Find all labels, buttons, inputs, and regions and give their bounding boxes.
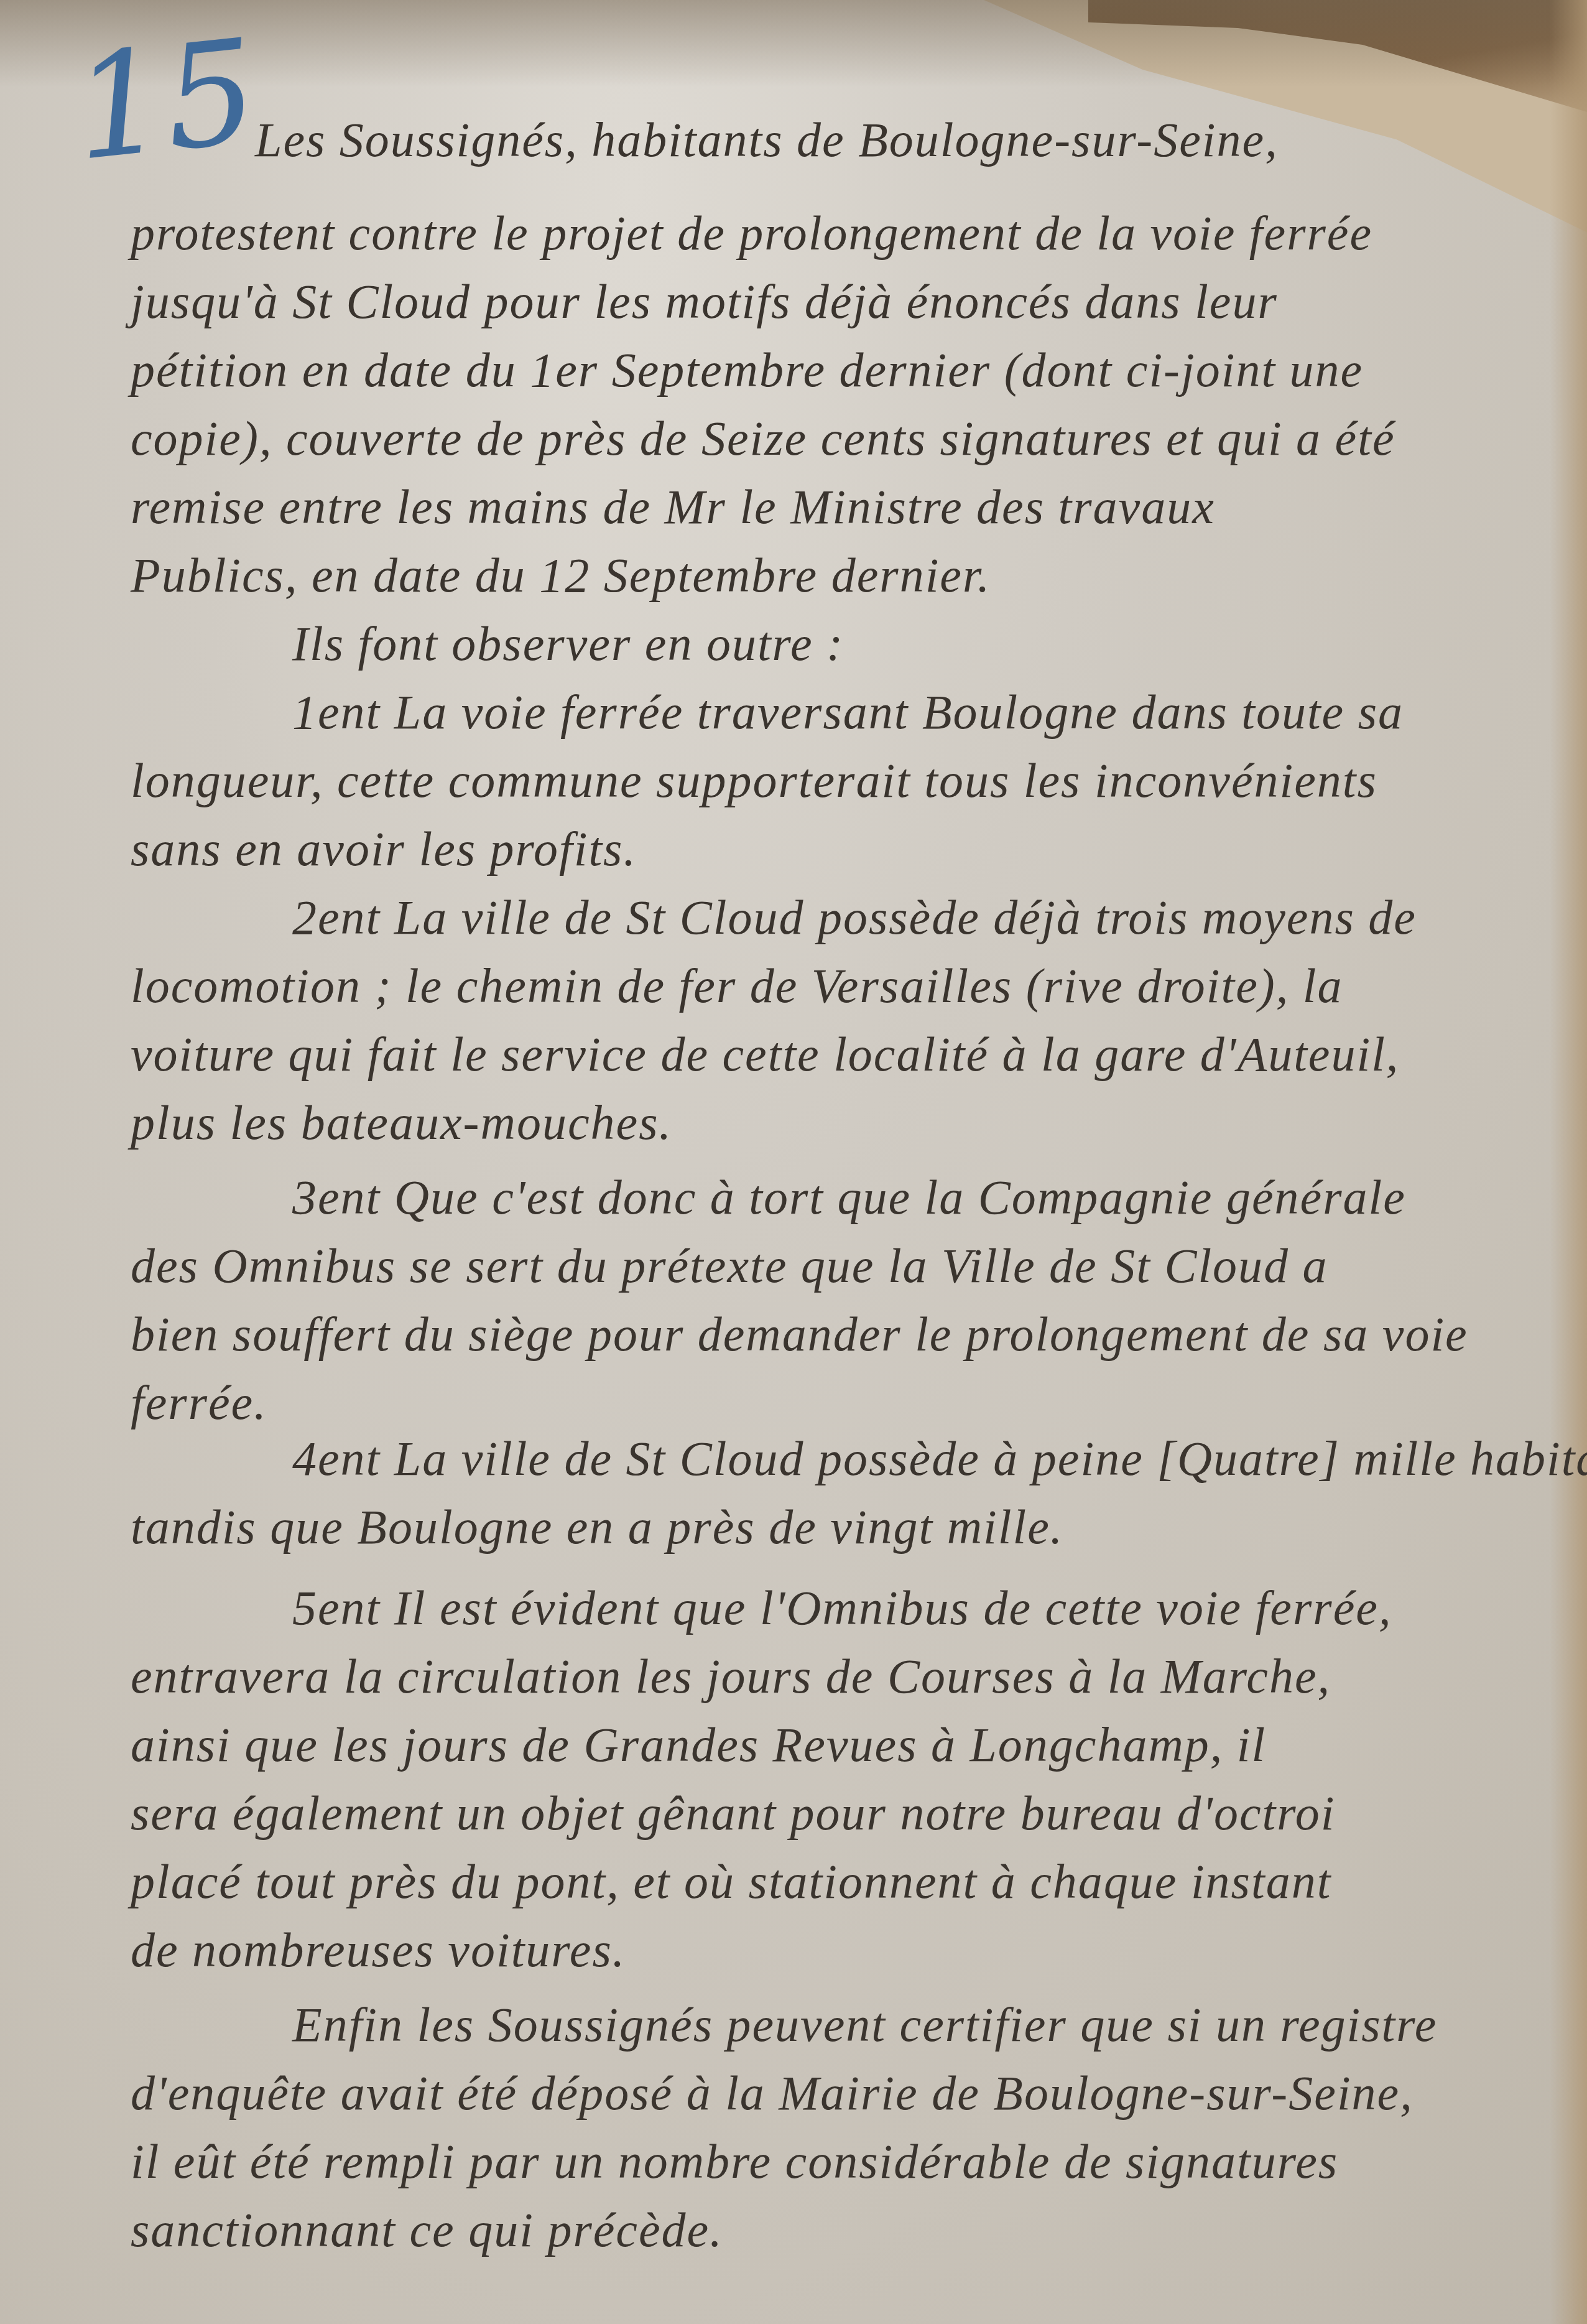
text-line: plus les bateaux-mouches. <box>131 1095 672 1151</box>
page-edge <box>1550 0 1587 2324</box>
conclusion-line: Enfin les Soussignés peuvent certifier q… <box>131 1997 1437 2053</box>
text-line: il eût été rempli par un nombre considér… <box>131 2134 1338 2190</box>
text-line: longueur, cette commune supporterait tou… <box>131 753 1377 809</box>
text-line: Ils font observer en outre : <box>131 616 844 672</box>
text-line: d'enquête avait été déposé à la Mairie d… <box>131 2065 1413 2121</box>
text-line: de nombreuses voitures. <box>131 1922 626 1978</box>
text-line: ferrée. <box>131 1375 267 1431</box>
text-line: entravera la circulation les jours de Co… <box>131 1648 1331 1704</box>
text-line: tandis que Boulogne en a près de vingt m… <box>131 1499 1063 1555</box>
text-line: jusqu'à St Cloud pour les motifs déjà én… <box>131 274 1278 330</box>
text-line: copie), couverte de près de Seize cents … <box>131 411 1395 467</box>
text-line: des Omnibus se sert du prétexte que la V… <box>131 1238 1328 1294</box>
point-2: 2ent La ville de St Cloud possède déjà t… <box>131 890 1417 946</box>
text-line: remise entre les mains de Mr le Ministre… <box>131 479 1215 535</box>
text-line: pétition en date du 1er Septembre dernie… <box>131 342 1363 398</box>
text-line: locomotion ; le chemin de fer de Versail… <box>131 958 1343 1014</box>
text-line: sanctionnant ce qui précède. <box>131 2202 723 2258</box>
point-4: 4ent La ville de St Cloud possède à pein… <box>131 1431 1587 1487</box>
text-line: voiture qui fait le service de cette loc… <box>131 1026 1399 1082</box>
point-1: 1ent La voie ferrée traversant Boulogne … <box>131 684 1404 740</box>
text-line: ainsi que les jours de Grandes Revues à … <box>131 1717 1266 1773</box>
text-line: protestent contre le projet de prolongem… <box>131 205 1372 261</box>
text-line: placé tout près du pont, et où stationne… <box>131 1854 1331 1910</box>
point-3: 3ent Que c'est donc à tort que la Compag… <box>131 1169 1406 1225</box>
point-5: 5ent Il est évident que l'Omnibus de cet… <box>131 1580 1392 1636</box>
text-line: sera également un objet gênant pour notr… <box>131 1785 1335 1841</box>
folio-number: 15 <box>65 8 178 203</box>
text-line: bien souffert du siège pour demander le … <box>131 1306 1468 1362</box>
text-line: Publics, en date du 12 Septembre dernier… <box>131 547 991 603</box>
text-line: Les Soussignés, habitants de Boulogne-su… <box>131 112 1279 168</box>
text-line: sans en avoir les profits. <box>131 821 637 877</box>
